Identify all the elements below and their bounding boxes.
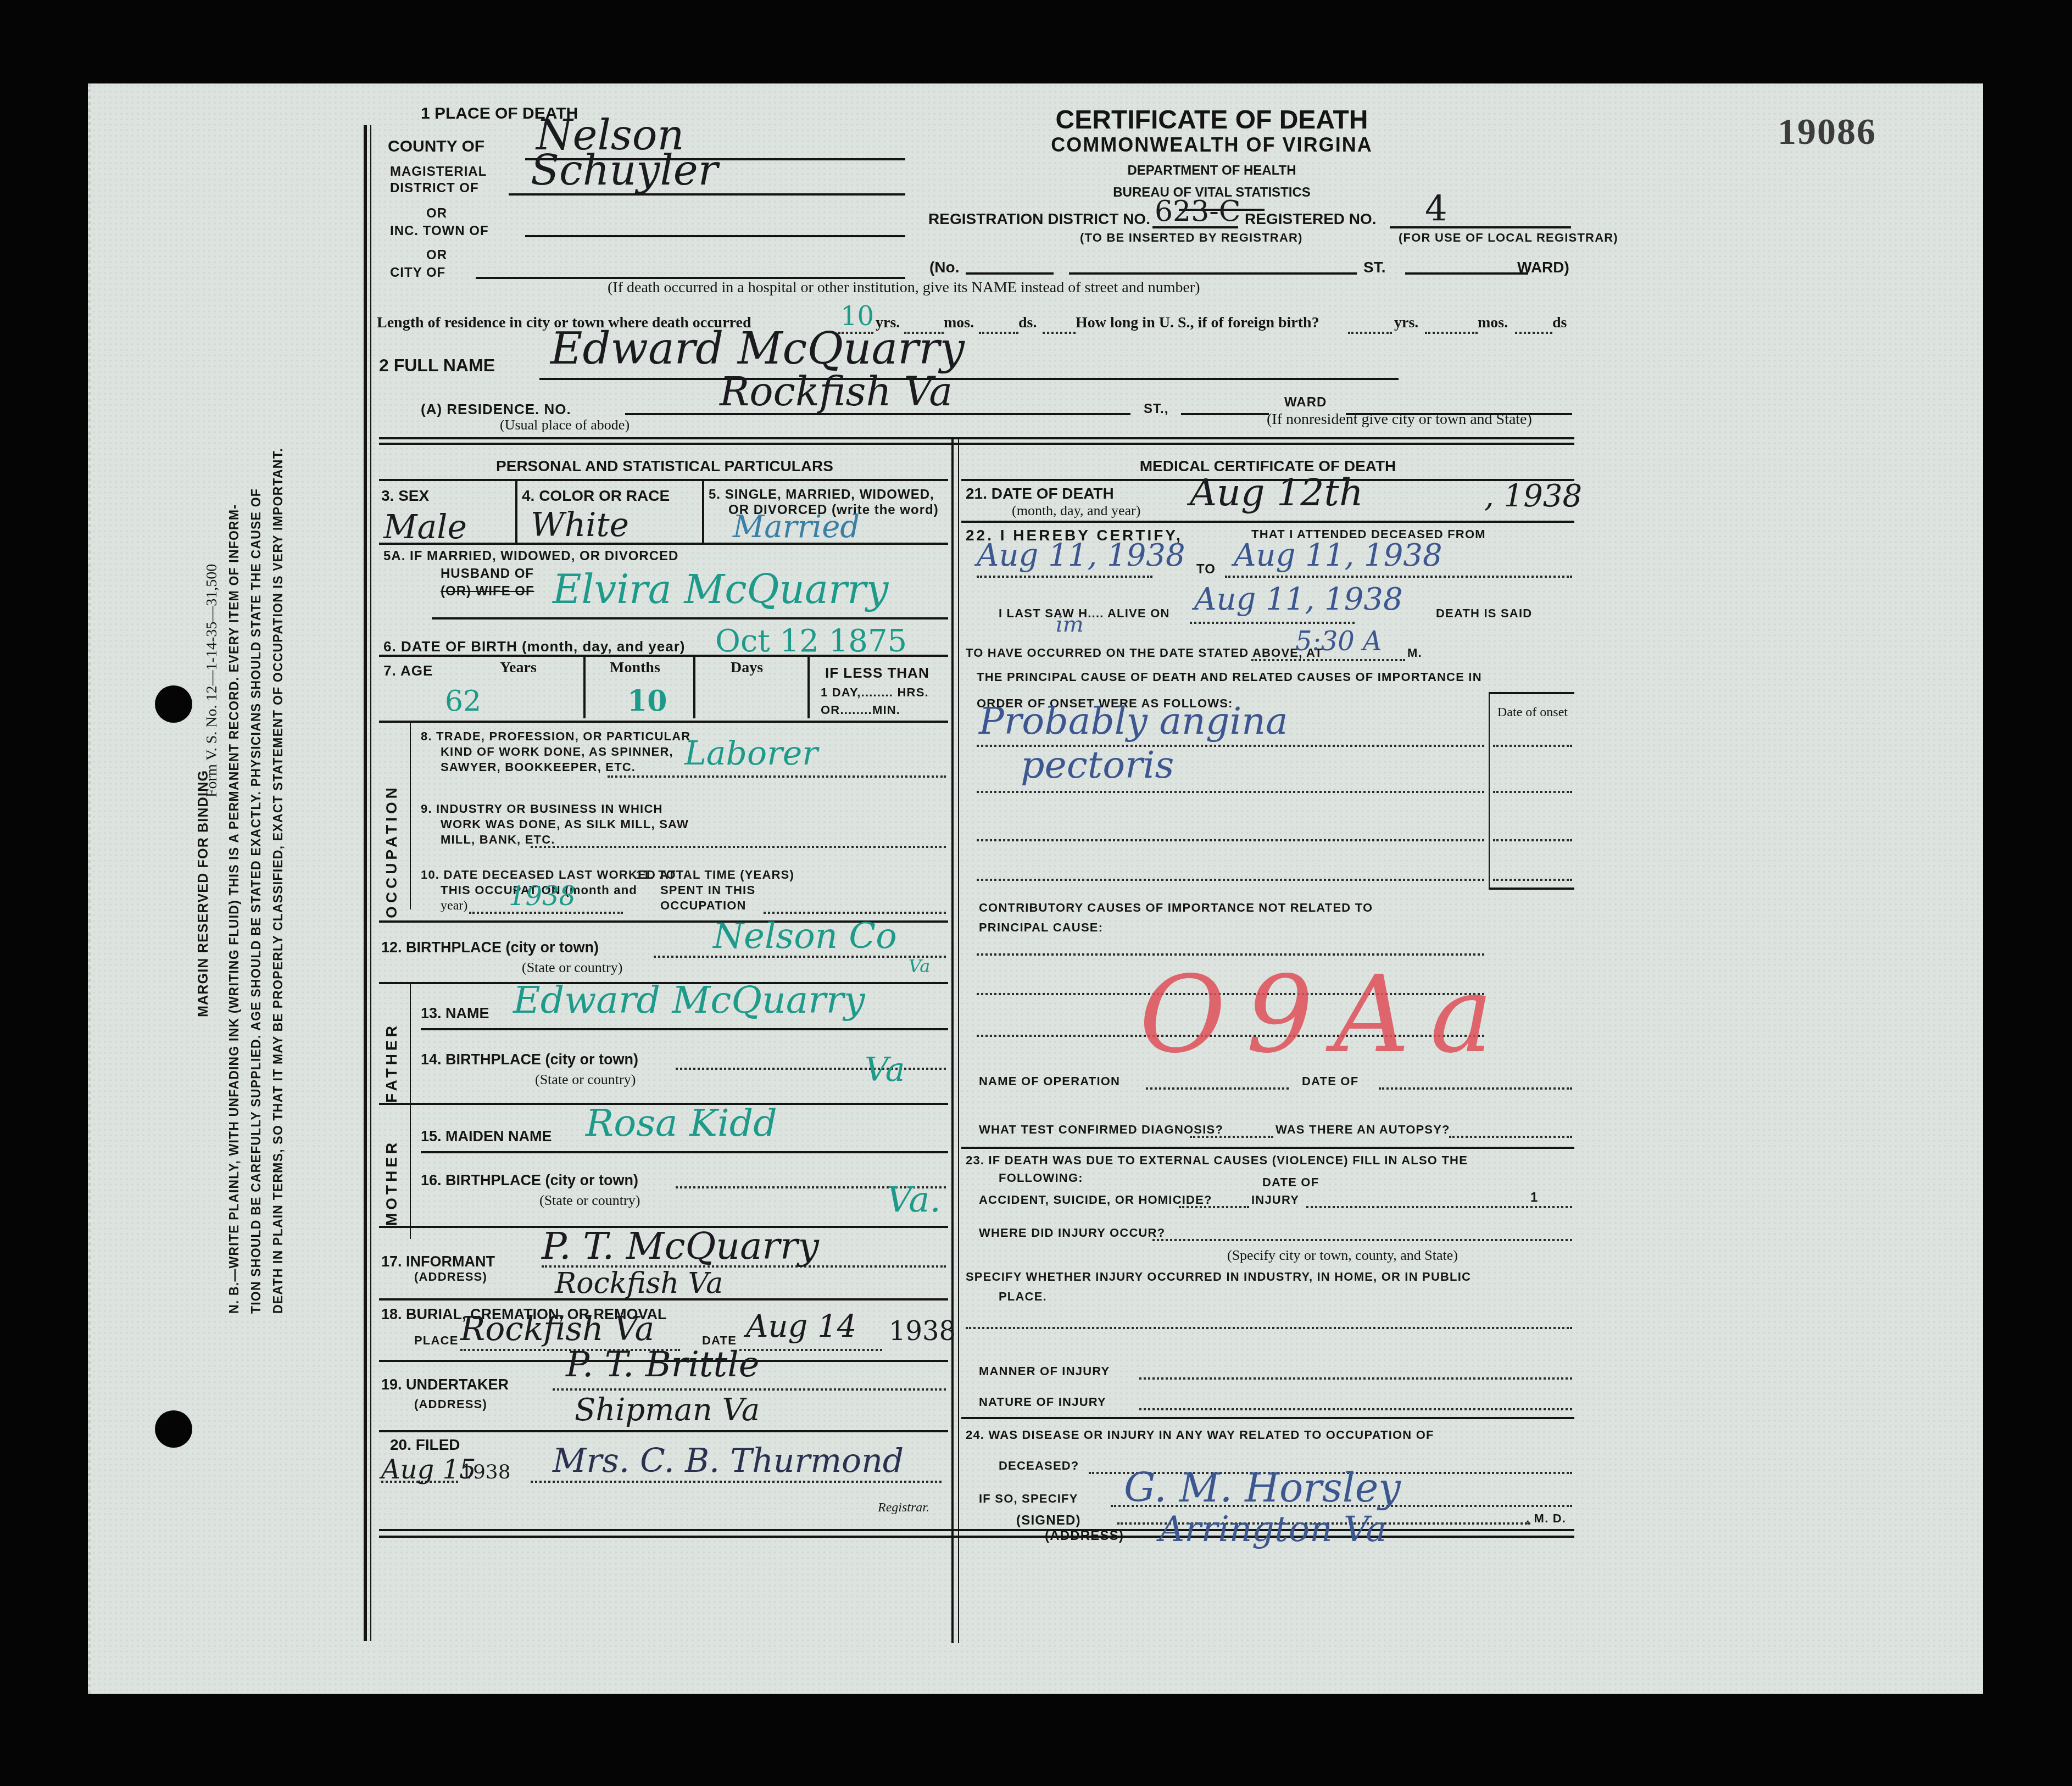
spouse-label: 5A. IF MARRIED, WIDOWED, OR DIVORCED	[383, 549, 678, 562]
cause-line-4[interactable]	[977, 879, 1484, 881]
mother-maiden-name-value[interactable]: Rosa Kidd	[586, 1105, 777, 1142]
death-said-label: DEATH IS SAID	[1436, 609, 1532, 621]
occupation-side-label: OCCUPATION	[383, 784, 399, 918]
if-so-specify-label: IF SO, SPECIFY	[979, 1494, 1078, 1506]
birthplace-value[interactable]: Nelson Co	[713, 918, 897, 953]
burial-date-value[interactable]: Aug 14	[746, 1311, 856, 1342]
trade-label-2: KIND OF WORK DONE, AS SPINNER,	[441, 747, 673, 759]
registrar-signature[interactable]: Mrs. C. B. Thurmond	[553, 1445, 904, 1478]
undertaker-address-label: (ADDRESS)	[414, 1399, 487, 1411]
nonresident-note: (If nonresident give city or town and St…	[1267, 413, 1532, 428]
principal-cause-value[interactable]: Probably angina	[979, 703, 1288, 740]
test-line[interactable]	[1190, 1136, 1273, 1138]
foreign-yrs-label: yrs.	[1394, 316, 1418, 332]
filed-year-value[interactable]: 1938	[460, 1463, 511, 1483]
registered-number-label: REGISTERED NO.	[1245, 211, 1377, 226]
rule	[379, 1430, 948, 1432]
date-of-birth-label: 6. DATE OF BIRTH (month, day, and year)	[383, 639, 685, 654]
birthplace-label: 12. BIRTHPLACE (city or town)	[381, 940, 599, 955]
margin-instructions-line-3: DEATH IN PLAIN TERMS, SO THAT IT MAY BE …	[274, 448, 286, 1314]
operation-date-line[interactable]	[1379, 1087, 1572, 1090]
cause-line-3[interactable]	[977, 839, 1484, 841]
rule	[1489, 888, 1574, 890]
cell-divider	[410, 723, 411, 909]
or-label: OR	[426, 206, 447, 220]
residence-label: (A) RESIDENCE. NO.	[421, 402, 571, 416]
foreign-days-line[interactable]	[1515, 332, 1552, 334]
industry-line[interactable]	[531, 846, 946, 848]
age-label: 7. AGE	[383, 663, 433, 678]
spouse-value[interactable]: Elvira McQuarry	[553, 571, 888, 611]
race-label: 4. COLOR OR RACE	[522, 488, 670, 503]
md-label: , M. D.	[1526, 1514, 1566, 1526]
column-divider	[958, 439, 959, 1643]
operation-date-label: DATE OF	[1302, 1076, 1358, 1089]
district-label: DISTRICT OF	[390, 181, 479, 194]
foreign-months-line[interactable]	[1425, 332, 1478, 334]
industry-label: 9. INDUSTRY OR BUSINESS IN WHICH	[421, 804, 663, 816]
age-years-value[interactable]: 62	[445, 688, 481, 716]
or-label: OR	[426, 248, 447, 261]
county-label: COUNTY OF	[388, 138, 484, 155]
father-birthplace-value[interactable]: Va	[865, 1054, 905, 1087]
burial-place-value[interactable]: Rockfish Va	[460, 1314, 654, 1347]
last-worked-value[interactable]: 1938	[509, 883, 576, 909]
death-certificate-paper: Form V. S. No. 12—1-14-35—31,500 N. B.—W…	[88, 83, 1983, 1694]
industry-label-2: WORK WAS DONE, AS SILK MILL, SAW	[441, 819, 689, 831]
husband-of-label: HUSBAND OF	[441, 567, 534, 580]
informant-label: 17. INFORMANT	[381, 1254, 495, 1269]
injury-date-line[interactable]	[1306, 1206, 1572, 1208]
form-bottom-rule	[379, 1536, 1574, 1538]
form-border-left-inner	[370, 125, 371, 1641]
father-birthplace-state-label: (State or country)	[535, 1072, 636, 1086]
time-of-death-value[interactable]: 5:30 A	[1295, 628, 1382, 655]
father-name-label: 13. NAME	[421, 1006, 489, 1021]
burial-year-value[interactable]: 1938	[889, 1318, 956, 1344]
injury-year-mark: 1	[1530, 1191, 1538, 1204]
where-injury-note: (Specify city or town, county, and State…	[1227, 1248, 1458, 1262]
physician-address-label: (ADDRESS)	[1045, 1529, 1124, 1542]
age-months-value[interactable]: 10	[627, 688, 667, 716]
birthplace-state-label: (State or country)	[522, 960, 622, 974]
nature-of-injury-label: NATURE OF INJURY	[979, 1397, 1106, 1409]
industry-label-3: MILL, BANK, ETC.	[441, 835, 555, 847]
full-name-label: 2 FULL NAME	[379, 358, 495, 376]
full-name-value[interactable]: Edward McQuarry	[550, 327, 965, 371]
rule	[379, 543, 948, 545]
father-birthplace-line	[676, 1068, 946, 1070]
attended-to-value[interactable]: Aug 11, 1938	[1234, 540, 1442, 571]
where-injury-line[interactable]	[1152, 1239, 1572, 1241]
physician-address-value[interactable]: Arrington Va	[1159, 1511, 1386, 1547]
undertaker-address-value[interactable]: Shipman Va	[575, 1395, 760, 1426]
cell-divider	[583, 657, 586, 718]
signed-label: (SIGNED)	[1016, 1514, 1081, 1527]
total-time-label-2: SPENT IN THIS	[660, 885, 755, 897]
where-injury-label: WHERE DID INJURY OCCUR?	[979, 1228, 1165, 1240]
injury-label: INJURY	[1251, 1195, 1299, 1207]
foreign-ds-label: ds	[1552, 316, 1567, 332]
residence-note: (Usual place of abode)	[500, 417, 630, 432]
magisterial-label: MAGISTERIAL	[390, 165, 487, 178]
residence-value[interactable]: Rockfish Va	[720, 373, 953, 413]
full-name-line	[539, 378, 1399, 380]
physician-signature[interactable]: G. M. Horsley	[1124, 1470, 1401, 1509]
specify-place-line[interactable]	[966, 1327, 1572, 1329]
informant-address-value[interactable]: Rockfish Va	[555, 1270, 723, 1298]
last-saw-pronoun[interactable]: im	[1056, 613, 1084, 635]
serial-number: 19086	[1778, 112, 1876, 154]
onset-column-divider	[1489, 692, 1490, 890]
minutes-field[interactable]: OR........MIN.	[821, 705, 900, 717]
onset-line-2[interactable]	[1493, 791, 1572, 793]
inc-town-field-line[interactable]	[525, 235, 905, 237]
residence-street-line[interactable]	[1181, 413, 1269, 415]
father-name-value[interactable]: Edward McQuarry	[513, 982, 865, 1019]
date-of-death-value[interactable]: Aug 12th	[1190, 475, 1363, 512]
street-number-label: (No.	[929, 259, 959, 275]
total-time-label: 11. TOTAL TIME (YEARS)	[636, 870, 794, 882]
wife-of-label: (OR) WIFE OF	[441, 584, 534, 598]
rule	[379, 655, 948, 657]
margin-instructions-line-2: TION SHOULD BE CAREFULLY SUPPLIED. AGE S…	[252, 488, 264, 1314]
cell-divider	[515, 481, 517, 543]
occurred-at-label: TO HAVE OCCURRED ON THE DATE STATED ABOV…	[966, 648, 1323, 660]
attended-from-value[interactable]: Aug 11, 1938	[977, 540, 1185, 571]
residence-days-line[interactable]	[979, 332, 1018, 334]
manner-of-injury-line[interactable]	[1139, 1377, 1572, 1380]
binding-margin-note: MARGIN RESERVED FOR BINDING	[197, 770, 210, 1017]
onset-line-4[interactable]	[1493, 879, 1572, 881]
residence-street-label: ST.,	[1144, 402, 1168, 415]
mother-birthplace-state-label: (State or country)	[539, 1193, 640, 1207]
rule	[961, 1417, 1574, 1419]
age-months-label: Months	[610, 661, 660, 677]
punch-hole-icon	[155, 1410, 192, 1448]
specify-place-label: SPECIFY WHETHER INJURY OCCURRED IN INDUS…	[966, 1272, 1471, 1284]
cell-divider	[807, 657, 810, 718]
following-label: FOLLOWING:	[999, 1173, 1083, 1185]
autopsy-label: WAS THERE AN AUTOPSY?	[1275, 1125, 1450, 1137]
specify-place-label-2: PLACE.	[999, 1292, 1047, 1304]
undertaker-line	[553, 1388, 946, 1391]
filed-label: 20. FILED	[390, 1437, 460, 1452]
spouse-line	[432, 617, 948, 619]
autopsy-line[interactable]	[1449, 1136, 1572, 1138]
age-days-label: Days	[731, 661, 763, 677]
residence-ward-label: WARD	[1284, 395, 1327, 409]
registrar-line	[531, 1481, 942, 1483]
informant-address-label: (ADDRESS)	[414, 1272, 487, 1284]
date-of-injury-label: DATE OF	[1262, 1177, 1319, 1190]
foreign-mos-label: mos.	[1478, 316, 1508, 332]
trade-label-3: SAWYER, BOOKKEEPER, ETC.	[441, 762, 636, 774]
last-saw-value[interactable]: Aug 11, 1938	[1194, 584, 1403, 615]
total-time-label-3: OCCUPATION	[660, 901, 747, 913]
age-years-label: Years	[500, 661, 537, 677]
date-of-death-sub: (month, day, and year)	[1012, 503, 1140, 517]
registered-number-value[interactable]: 4	[1425, 191, 1447, 226]
marital-status-value[interactable]: Married	[733, 512, 860, 543]
red-pencil-annotation: O 9 A a	[1139, 962, 1486, 1068]
birthplace-state-value[interactable]: Va	[909, 958, 930, 975]
city-label: CITY OF	[390, 266, 445, 279]
rule	[961, 521, 1574, 523]
marital-status-label: 5. SINGLE, MARRIED, WIDOWED,	[709, 488, 934, 501]
undertaker-label: 19. UNDERTAKER	[381, 1377, 509, 1392]
city-field-line[interactable]	[476, 277, 905, 279]
section-divider	[379, 443, 1574, 445]
occupation-related-label: 24. WAS DISEASE OR INJURY IN ANY WAY REL…	[966, 1430, 1434, 1442]
sex-label: 3. SEX	[381, 488, 429, 503]
rule	[379, 479, 948, 481]
race-value[interactable]: White	[531, 510, 629, 543]
inc-town-label: INC. TOWN OF	[390, 224, 489, 237]
external-causes-label: 23. IF DEATH WAS DUE TO EXTERNAL CAUSES …	[966, 1156, 1468, 1168]
rule	[1489, 692, 1574, 694]
attended-to-line	[1225, 576, 1572, 578]
last-saw-label: I LAST SAW H.... ALIVE ON	[999, 609, 1170, 621]
mother-maiden-line	[421, 1151, 948, 1153]
time-line	[1251, 659, 1405, 661]
mother-maiden-name-label: 15. MAIDEN NAME	[421, 1129, 552, 1144]
mother-birthplace-label: 16. BIRTHPLACE (city or town)	[421, 1173, 638, 1188]
last-worked-label-3: year)	[441, 898, 467, 912]
document-viewer: Form V. S. No. 12—1-14-35—31,500 N. B.—W…	[0, 0, 2072, 1786]
cause-line-2	[977, 791, 1484, 793]
last-saw-line	[1190, 622, 1355, 624]
rule	[961, 1147, 1574, 1149]
street-number-line[interactable]	[966, 272, 1054, 275]
sex-value[interactable]: Male	[383, 512, 467, 545]
ward-line[interactable]	[1405, 272, 1528, 275]
onset-line-3[interactable]	[1493, 839, 1572, 841]
section-divider	[379, 437, 1574, 439]
registration-district-value[interactable]: 623-C	[1155, 198, 1241, 226]
accident-line[interactable]	[1179, 1206, 1249, 1208]
foreign-birth-label: How long in U. S., if of foreign birth?	[1076, 316, 1319, 332]
margin-instructions-line-1: N. B.—WRITE PLAINLY, WITH UNFADING INK (…	[230, 504, 242, 1314]
street-label: ST.	[1363, 259, 1385, 275]
test-confirmed-label: WHAT TEST CONFIRMED DIAGNOSIS?	[979, 1125, 1223, 1137]
total-time-line[interactable]	[764, 912, 946, 914]
registered-number-line	[1390, 226, 1571, 228]
trade-value[interactable]: Laborer	[684, 738, 818, 771]
cause-label: THE PRINCIPAL CAUSE OF DEATH AND RELATED…	[977, 672, 1482, 684]
rule	[379, 721, 948, 723]
cell-divider	[410, 1105, 411, 1239]
manner-of-injury-label: MANNER OF INJURY	[979, 1366, 1110, 1378]
accident-label: ACCIDENT, SUICIDE, OR HOMICIDE?	[979, 1195, 1212, 1207]
cell-divider	[693, 657, 695, 718]
form-number: Form V. S. No. 12—1-14-35—31,500	[205, 564, 221, 797]
ds-label: ds.	[1018, 316, 1037, 332]
commonwealth-subtitle: COMMONWEALTH OF VIRGINA	[926, 134, 1497, 157]
form-bottom-rule	[379, 1529, 1574, 1531]
informant-value[interactable]: P. T. McQuarry	[542, 1228, 819, 1265]
hospital-note: (If death occurred in a hospital or othe…	[608, 281, 1200, 297]
undertaker-value[interactable]: P. T. Brittle	[566, 1347, 760, 1382]
date-of-birth-value[interactable]: Oct 12 1875	[715, 626, 907, 657]
trade-line	[608, 775, 946, 778]
trade-label: 8. TRADE, PROFESSION, OR PARTICULAR	[421, 732, 690, 744]
mother-birthplace-value[interactable]: Va.	[887, 1182, 941, 1217]
nature-of-injury-line[interactable]	[1139, 1408, 1572, 1410]
less-than-label: IF LESS THAN	[825, 666, 929, 680]
time-suffix: M.	[1407, 648, 1422, 660]
department-title: DEPARTMENT OF HEALTH	[926, 163, 1497, 178]
column-divider	[951, 439, 954, 1643]
burial-date-line	[739, 1349, 882, 1351]
principal-cause-value-2[interactable]: pectoris	[1021, 747, 1174, 784]
deceased-label: DECEASED?	[999, 1461, 1079, 1473]
street-name-line[interactable]	[1069, 272, 1357, 275]
district-note: (TO BE INSERTED BY REGISTRAR)	[1080, 233, 1303, 245]
operation-label: NAME OF OPERATION	[979, 1076, 1120, 1089]
registrar-label: Registrar.	[878, 1500, 929, 1514]
date-of-onset-label: Date of onset	[1497, 705, 1568, 718]
father-side-label: FATHER	[383, 1023, 399, 1103]
contributory-label-2: PRINCIPAL CAUSE:	[979, 923, 1103, 935]
last-worked-line	[469, 912, 623, 914]
personal-particulars-heading: PERSONAL AND STATISTICAL PARTICULARS	[379, 457, 950, 475]
attended-from-line	[977, 576, 1152, 578]
punch-hole-icon	[155, 685, 192, 723]
ward-label: WARD)	[1517, 259, 1569, 275]
father-birthplace-label: 14. BIRTHPLACE (city or town)	[421, 1052, 638, 1067]
certificate-title: CERTIFICATE OF DEATH	[926, 105, 1497, 136]
date-of-death-year[interactable]: , 1938	[1484, 481, 1582, 512]
form-border-left	[364, 125, 367, 1641]
father-name-line	[421, 1028, 948, 1030]
rule	[379, 1298, 948, 1301]
registered-note: (FOR USE OF LOCAL REGISTRAR)	[1399, 233, 1618, 245]
cell-divider	[410, 984, 411, 1116]
cell-divider	[702, 481, 704, 543]
date-of-death-label: 21. DATE OF DEATH	[966, 485, 1114, 501]
hours-field[interactable]: 1 DAY,........ HRS.	[821, 688, 929, 700]
burial-place-label: PLACE	[414, 1336, 459, 1348]
registration-district-label: REGISTRATION DISTRICT NO.	[928, 211, 1150, 226]
contributory-label: CONTRIBUTORY CAUSES OF IMPORTANCE NOT RE…	[979, 903, 1373, 915]
onset-line-1[interactable]	[1493, 745, 1572, 747]
magisterial-district-value[interactable]: Schuyler	[531, 149, 718, 191]
to-label: TO	[1196, 562, 1216, 576]
mother-side-label: MOTHER	[383, 1140, 399, 1226]
foreign-years-line[interactable]	[1348, 332, 1392, 334]
dotted-line	[1043, 332, 1076, 334]
operation-line[interactable]	[1146, 1087, 1289, 1090]
